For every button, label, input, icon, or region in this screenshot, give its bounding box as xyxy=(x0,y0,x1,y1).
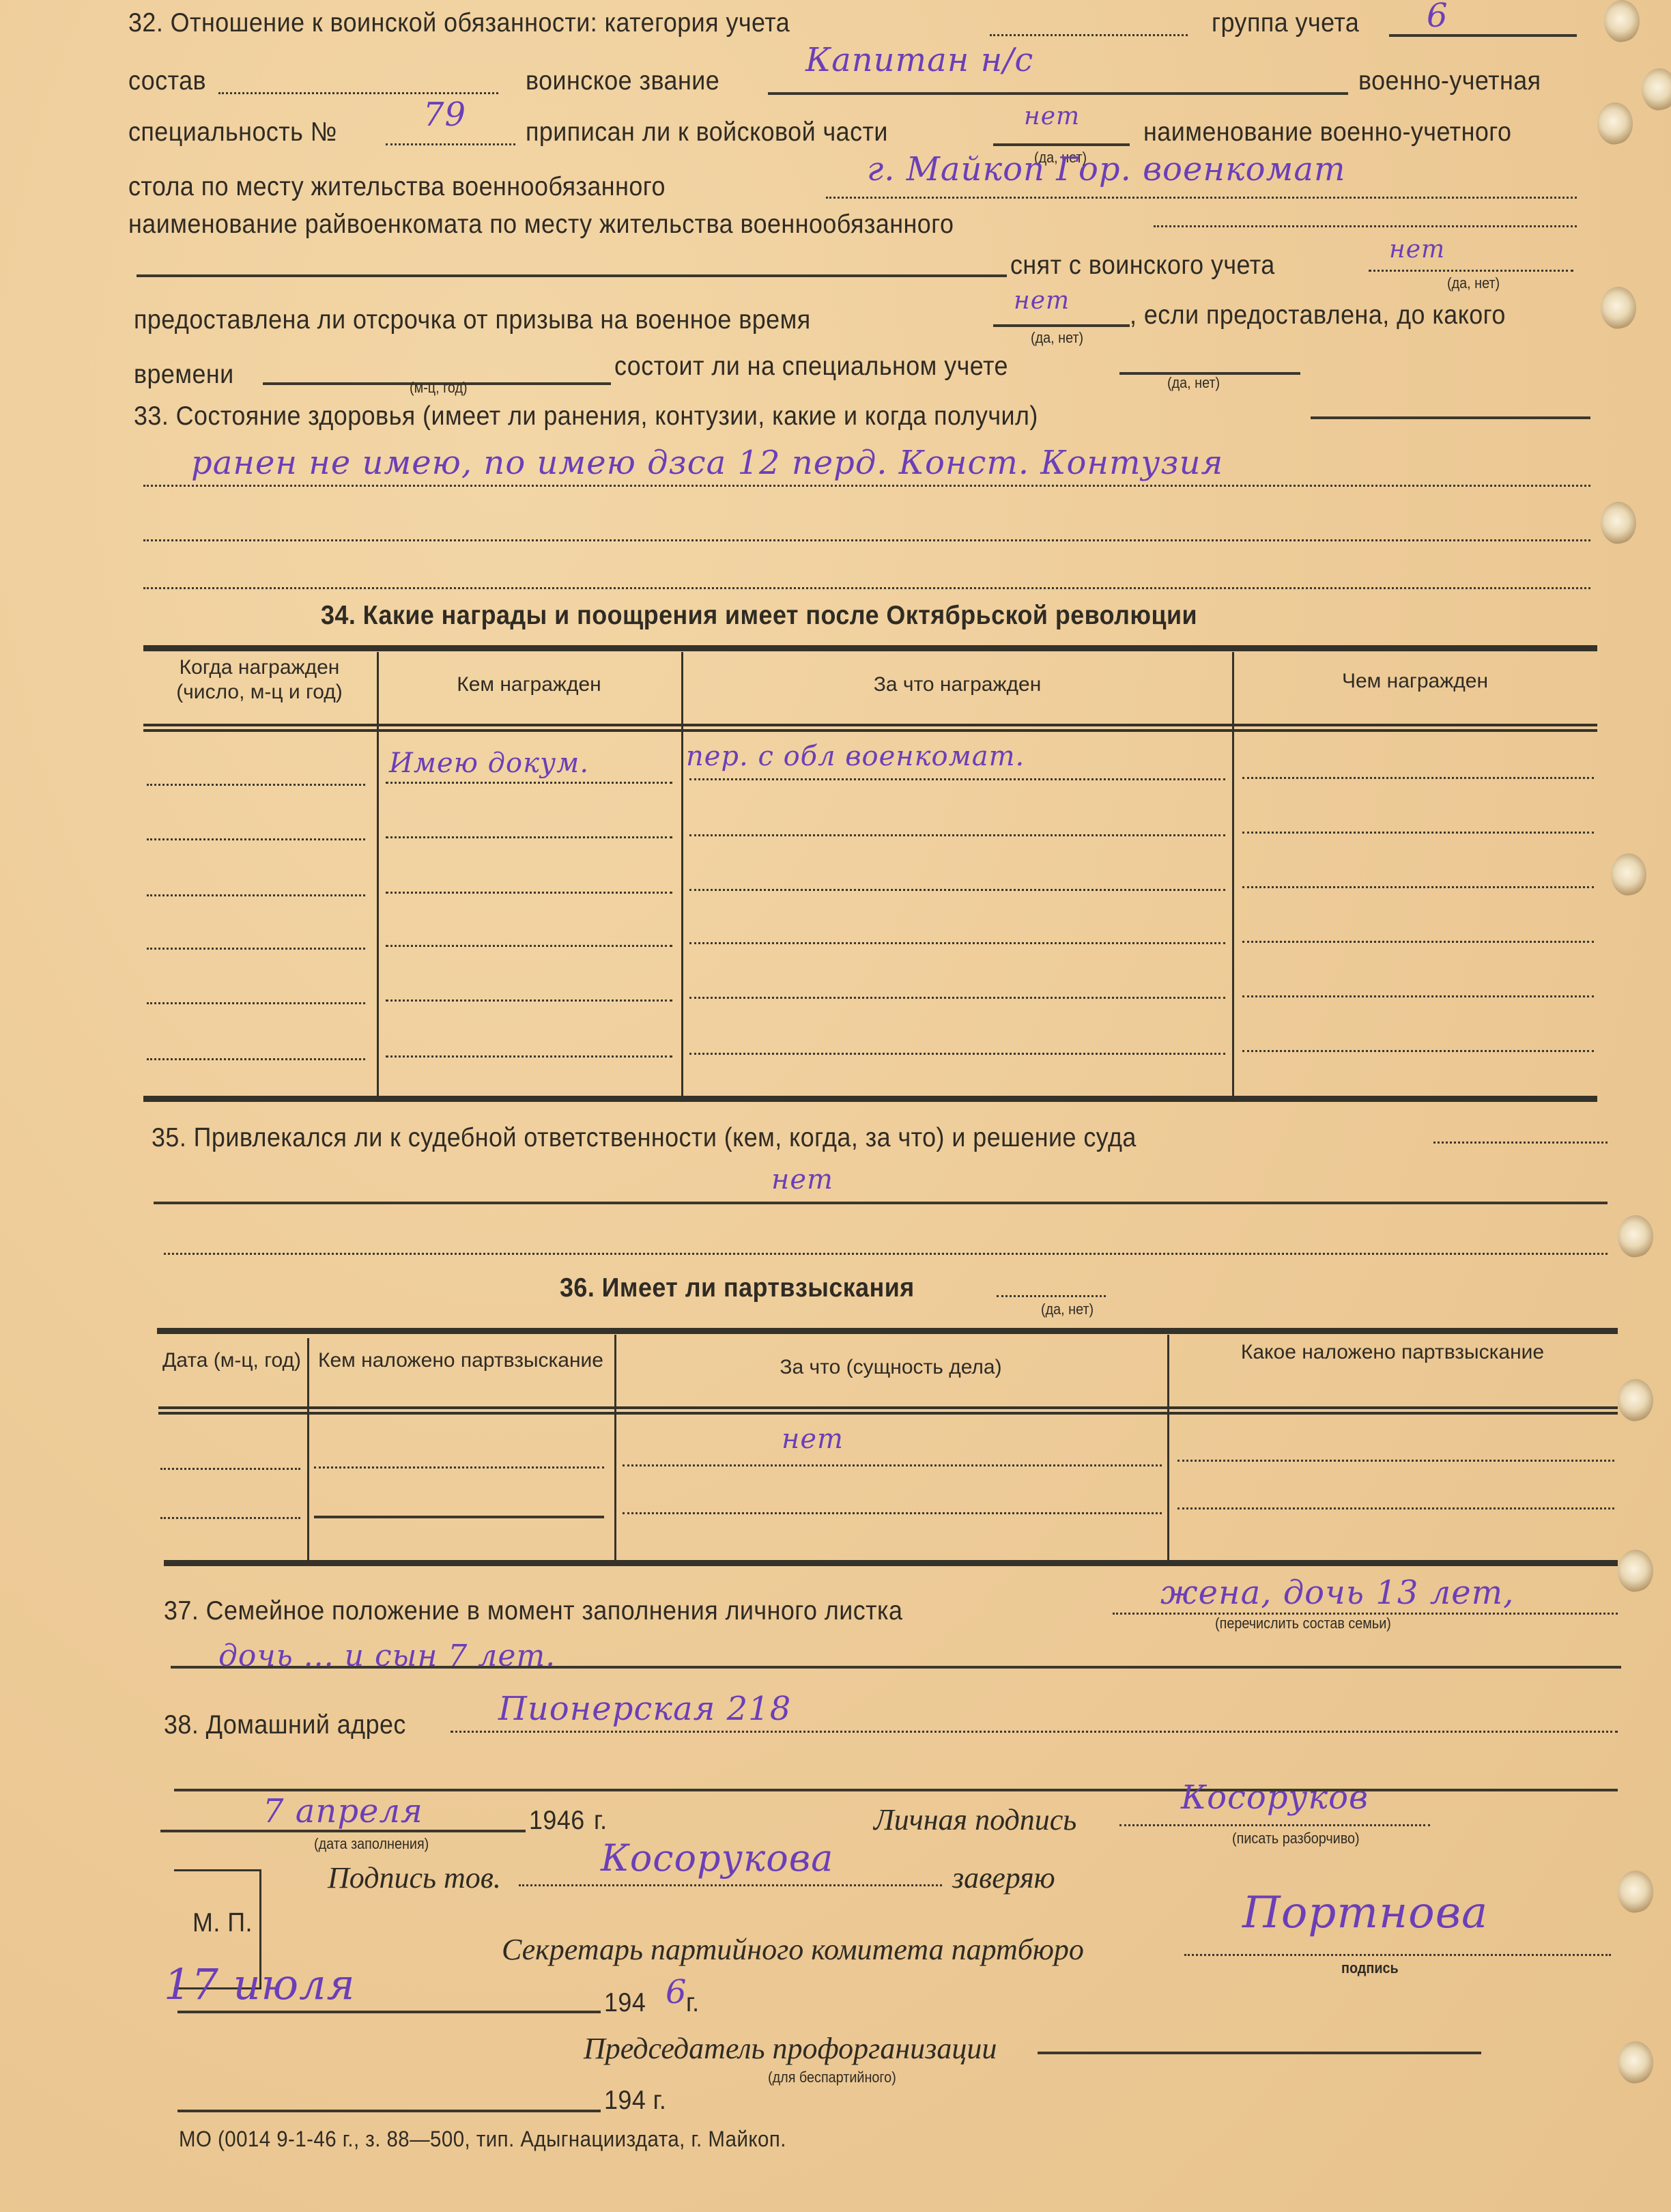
vustol-value: г. Майкоп Гор. военкомат xyxy=(867,150,1345,188)
awards-cell[interactable] xyxy=(386,999,672,1002)
awards-cell[interactable] xyxy=(689,778,1225,780)
awards-cell[interactable] xyxy=(1242,886,1594,888)
punch-hole xyxy=(1618,1215,1653,1258)
penalty-cell[interactable] xyxy=(160,1517,300,1519)
awards-cell[interactable] xyxy=(1242,777,1594,779)
rvk-label: наименование райвоенкомата по месту жите… xyxy=(128,210,954,240)
col-divider xyxy=(377,652,379,1096)
awards-cell[interactable] xyxy=(1242,941,1594,943)
table-bottom-rule xyxy=(164,1560,1618,1566)
family-label: 37. Семейное положение в момент заполнен… xyxy=(164,1596,902,1626)
removed-field[interactable] xyxy=(1369,270,1573,272)
awards-cell[interactable] xyxy=(147,1002,365,1004)
second-date-value: 17 июля xyxy=(164,1959,356,2009)
awards-cell[interactable] xyxy=(689,889,1225,891)
certify-field[interactable] xyxy=(519,1884,942,1886)
union-date-field[interactable] xyxy=(177,2110,601,2112)
col-divider xyxy=(1167,1335,1169,1563)
awards-cell[interactable] xyxy=(386,945,672,947)
yes-no-hint: (да, нет) xyxy=(1447,274,1500,292)
deferral-field[interactable] xyxy=(993,324,1130,327)
removed-value: нет xyxy=(1389,236,1445,264)
category-field[interactable] xyxy=(990,34,1188,36)
unit-field[interactable] xyxy=(993,143,1130,146)
imprint-text: МО (0014 9-1-46 г., з. 88—500, тип. Адыг… xyxy=(179,2127,786,2152)
awards-cell[interactable] xyxy=(689,997,1225,999)
sostav-label: состав xyxy=(128,66,206,96)
party-penalties-title: 36. Имеет ли партвзыскания xyxy=(560,1273,915,1303)
address-line-2[interactable] xyxy=(174,1789,1618,1791)
rank-value: Капитан н/с xyxy=(805,41,1033,79)
certify-label: Подпись тов. xyxy=(328,1860,501,1895)
year-suffix: г. xyxy=(594,1806,608,1836)
vus-label-a: военно-учетная xyxy=(1358,66,1541,96)
health-field[interactable] xyxy=(1311,416,1590,419)
penalty-cell[interactable] xyxy=(1177,1460,1614,1462)
second-date-field[interactable] xyxy=(177,2011,601,2013)
deferral-until-label-b: времени xyxy=(134,360,234,390)
court-line-2[interactable] xyxy=(154,1202,1608,1204)
penalty-row-for-what: нет xyxy=(782,1423,844,1455)
union-chair-field[interactable] xyxy=(1038,2052,1481,2054)
awards-col-with-what: Чем награжден xyxy=(1234,669,1596,694)
awards-cell[interactable] xyxy=(386,782,672,784)
punch-hole xyxy=(1604,0,1640,42)
col-divider xyxy=(614,1335,616,1563)
penalty-col-by-whom: Кем наложено партвзыскание xyxy=(311,1348,611,1373)
unit-label: приписан ли к войсковой части xyxy=(526,117,888,147)
personal-signature-value: Косоруков xyxy=(1181,1778,1369,1817)
header-double-rule xyxy=(158,1406,1618,1415)
union-chair-label: Председатель профорганизации xyxy=(584,2031,997,2066)
second-date-year-prefix: 194 xyxy=(604,1988,646,2018)
rvk-field-2[interactable] xyxy=(137,274,1007,277)
punch-hole xyxy=(1601,287,1636,329)
fill-date-value: 7 апреля xyxy=(263,1792,423,1830)
fill-date-year: 1946 xyxy=(529,1806,585,1836)
group-field[interactable] xyxy=(1389,34,1577,37)
penalty-col-date: Дата (м-ц, год) xyxy=(158,1348,305,1373)
month-year-hint: (м-ц, год) xyxy=(410,379,468,397)
rank-field[interactable] xyxy=(768,92,1348,95)
awards-cell[interactable] xyxy=(147,948,365,950)
rvk-field[interactable] xyxy=(1154,225,1577,227)
awards-cell[interactable] xyxy=(386,1055,672,1058)
punch-hole xyxy=(1597,102,1633,145)
removed-label: снят с воинского учета xyxy=(1010,251,1275,281)
secretary-signature-field[interactable] xyxy=(1184,1954,1611,1956)
vus-label-b: специальность № xyxy=(128,117,337,147)
awards-col-for-what: За что награжден xyxy=(683,672,1232,697)
court-field[interactable] xyxy=(1433,1142,1608,1144)
secretary-signature-value: Портнова xyxy=(1242,1888,1488,1938)
col-divider xyxy=(1232,652,1234,1096)
deferral-value: нет xyxy=(1014,287,1070,315)
penalty-col-for-what: За что (сущность дела) xyxy=(618,1355,1164,1380)
family-value-line1: жена, дочь 13 лет, xyxy=(1160,1574,1514,1612)
punch-hole xyxy=(1611,853,1646,896)
awards-cell[interactable] xyxy=(689,1053,1225,1055)
health-line-2[interactable] xyxy=(143,485,1590,487)
awards-cell[interactable] xyxy=(147,784,365,786)
yes-no-hint: (да, нет) xyxy=(1167,374,1220,392)
deferral-until-label: , если предоставлена, до какого xyxy=(1130,300,1506,330)
court-value: нет xyxy=(771,1164,833,1195)
punch-hole xyxy=(1642,68,1671,111)
awards-cell[interactable] xyxy=(689,942,1225,944)
special-label: состоит ли на специальном учете xyxy=(614,352,1008,382)
group-label: группа учета xyxy=(1212,8,1359,38)
penalty-cell[interactable] xyxy=(623,1464,1162,1466)
certify-suffix: заверяю xyxy=(952,1860,1055,1895)
awards-col-by-whom: Кем награжден xyxy=(379,672,679,697)
second-date-year-digit: 6 xyxy=(666,1973,687,2011)
penalty-cell[interactable] xyxy=(314,1516,604,1518)
family-hint: (перечислить состав семьи) xyxy=(1215,1615,1391,1632)
awards-cell[interactable] xyxy=(147,894,365,896)
vustol-field[interactable] xyxy=(826,197,1577,199)
awards-cell[interactable] xyxy=(1242,1050,1594,1052)
awards-cell[interactable] xyxy=(386,836,672,838)
awards-cell[interactable] xyxy=(147,838,365,840)
vus-value: 79 xyxy=(423,96,466,134)
yes-no-hint: (да, нет) xyxy=(1041,1301,1094,1318)
awards-title: 34. Какие награды и поощрения имеет посл… xyxy=(321,601,1197,631)
punch-hole xyxy=(1601,502,1636,544)
awards-cell[interactable] xyxy=(147,1058,365,1060)
rank-label: воинское звание xyxy=(526,66,719,96)
personal-signature-hint: (писать разборчиво) xyxy=(1232,1830,1360,1847)
table-bottom-rule xyxy=(143,1096,1597,1102)
penalty-cell[interactable] xyxy=(160,1468,300,1470)
punch-hole xyxy=(1618,1379,1653,1421)
stamp-label: М. П. xyxy=(192,1908,253,1938)
punch-hole xyxy=(1618,2041,1653,2084)
year-suffix: г. xyxy=(686,1988,700,2018)
health-line-3[interactable] xyxy=(143,539,1590,541)
court-line-3[interactable] xyxy=(164,1253,1608,1255)
address-label: 38. Домашний адрес xyxy=(164,1710,406,1740)
union-chair-hint: (для беспартийного) xyxy=(768,2069,896,2086)
health-line-4[interactable] xyxy=(143,587,1590,589)
court-label: 35. Привлекался ли к судебной ответствен… xyxy=(152,1123,1137,1153)
secretary-label: Секретарь партийного комитета партбюро xyxy=(502,1932,1084,1967)
awards-cell[interactable] xyxy=(386,892,672,894)
table-top-rule xyxy=(143,645,1597,651)
header-double-rule xyxy=(143,724,1597,732)
yes-no-hint: (да, нет) xyxy=(1031,329,1083,347)
penalty-col-type: Какое наложено партвзыскание xyxy=(1171,1340,1614,1365)
vus-field[interactable] xyxy=(386,143,515,145)
health-label: 33. Состояние здоровья (имеет ли ранения… xyxy=(134,401,1038,431)
penalty-cell[interactable] xyxy=(1177,1507,1614,1509)
sostav-field[interactable] xyxy=(218,92,498,94)
awards-row-for-what: пер. с обл военкомат. xyxy=(686,741,1025,772)
health-value: ранен не имею, по имею дзса 12 перд. Кон… xyxy=(191,444,1223,482)
address-value: Пионерская 218 xyxy=(498,1690,791,1728)
awards-col-when: Когда награжден (число, м-ц и год) xyxy=(143,655,375,705)
address-field[interactable] xyxy=(451,1731,1618,1733)
awards-cell[interactable] xyxy=(689,834,1225,836)
punch-hole xyxy=(1618,1871,1653,1913)
military-category-label: 32. Отношение к воинской обязанности: ка… xyxy=(128,8,790,38)
union-date-year: 194 г. xyxy=(604,2086,666,2116)
party-penalties-field[interactable] xyxy=(997,1295,1106,1297)
col-divider xyxy=(307,1338,309,1563)
deferral-label: предоставлена ли отсрочка от призыва на … xyxy=(134,305,811,335)
penalty-cell[interactable] xyxy=(623,1512,1162,1514)
fill-date-hint: (дата заполнения) xyxy=(314,1835,429,1853)
personal-signature-field[interactable] xyxy=(1119,1824,1430,1826)
unit-value: нет xyxy=(1024,102,1080,130)
family-value-line2: дочь ... и сын 7 лет. xyxy=(218,1639,556,1673)
personal-signature-label: Личная подпись xyxy=(874,1802,1076,1837)
group-value: 6 xyxy=(1427,0,1448,35)
punch-hole xyxy=(1618,1550,1653,1592)
table-top-rule xyxy=(157,1328,1618,1334)
signature-hint: подпись xyxy=(1341,1959,1399,1977)
vustol-label-a: наименование военно-учетного xyxy=(1143,117,1511,147)
awards-cell[interactable] xyxy=(1242,995,1594,997)
col-divider xyxy=(681,652,683,1096)
certify-value: Косоруковa xyxy=(601,1837,833,1880)
vustol-label-b: стола по месту жительства военнообязанно… xyxy=(128,172,666,202)
awards-cell[interactable] xyxy=(1242,832,1594,834)
penalty-cell[interactable] xyxy=(314,1466,604,1469)
awards-row-by-whom: Имею докум. xyxy=(389,748,589,779)
